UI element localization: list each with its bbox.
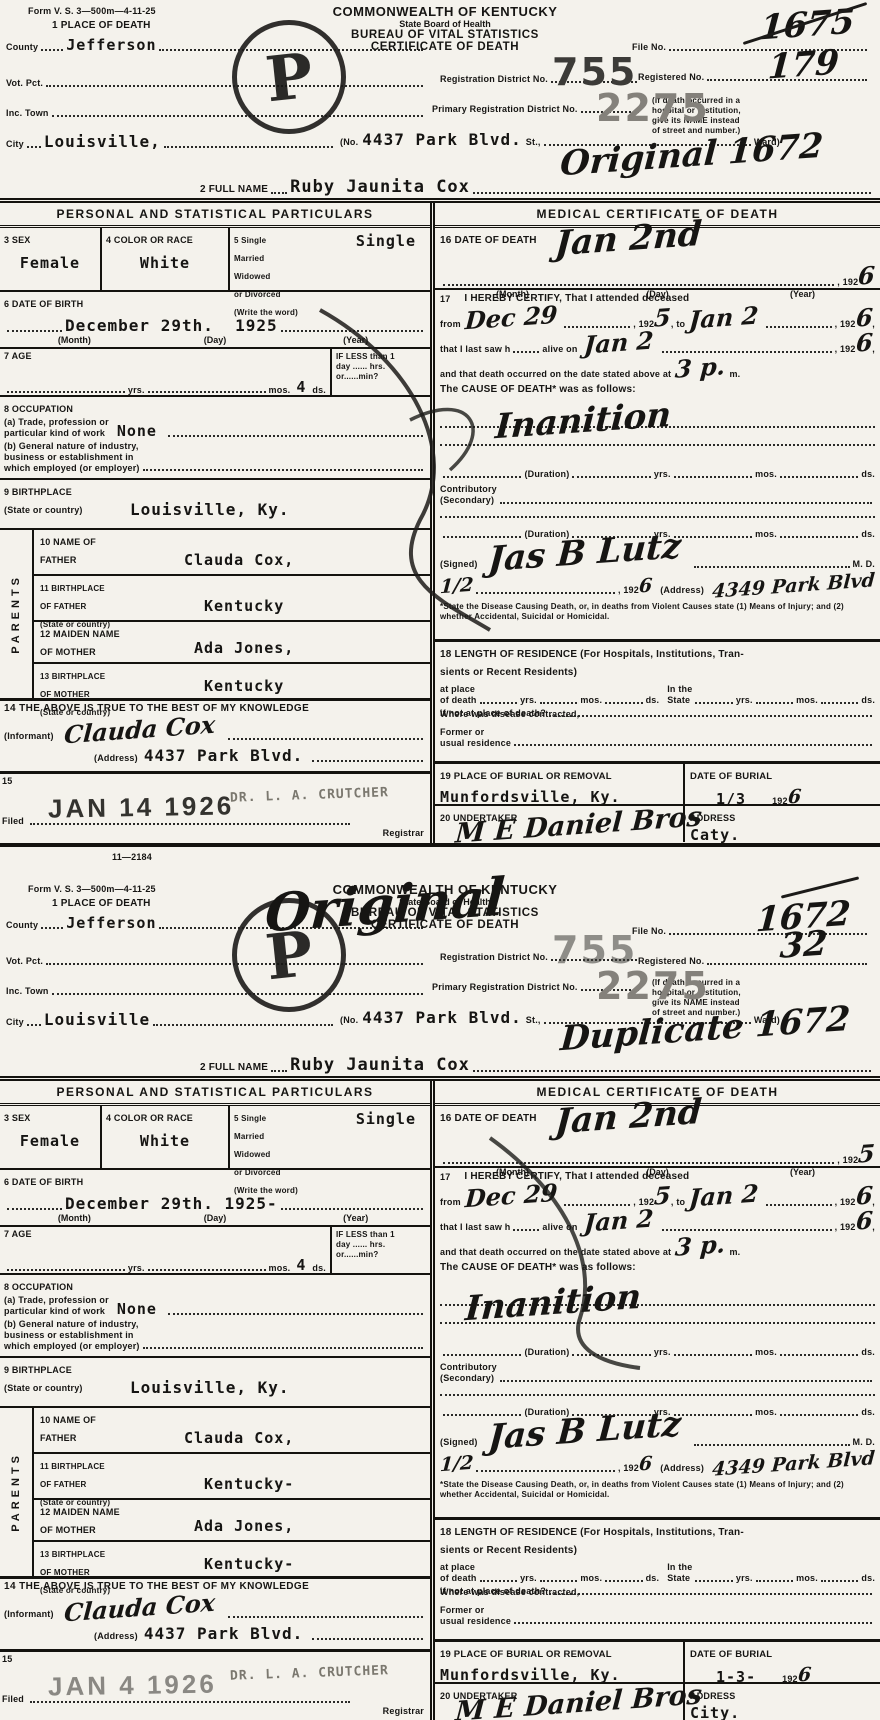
dotted-leader <box>7 328 62 332</box>
from-label: from <box>440 1197 461 1208</box>
registrar-name-stamp: DR. L. A. CRUTCHER <box>230 785 389 806</box>
filed-date-stamp: JAN 4 1926 <box>48 1668 217 1702</box>
certificate-body: PERSONAL AND STATISTICAL PARTICULARS 3 S… <box>0 198 880 847</box>
mother-name-value: Ada Jones, <box>194 641 294 656</box>
cause-label: The CAUSE OF DEATH* was as follows: <box>440 384 636 396</box>
occupation-a-label: (a) Trade, profession or particular kind… <box>4 1295 109 1317</box>
m-suffix-label: m. <box>729 1247 740 1258</box>
dotted-leader <box>281 328 423 332</box>
county-value: Jefferson <box>66 916 156 931</box>
county-value: Jefferson <box>66 38 156 53</box>
registration-district-label: Registration District No. <box>440 952 548 963</box>
day-label: (Day) <box>145 335 286 345</box>
dotted-leader <box>514 1620 872 1624</box>
cause-label: The CAUSE OF DEATH* was as follows: <box>440 1262 636 1274</box>
to-192-label: , 192 <box>835 319 856 330</box>
form-number: Form V. S. 3—500m—4-11-25 <box>28 884 156 895</box>
color-label: 4 COLOR OR RACE <box>106 1113 193 1123</box>
informant-row: 14 THE ABOVE IS TRUE TO THE BEST OF MY K… <box>0 1579 430 1652</box>
burial-date-value: 1/3 <box>716 792 746 807</box>
filed-number-label: 15 <box>2 1654 12 1665</box>
month-day-year-labels: (Month) (Day) (Year) <box>4 1213 426 1223</box>
mother-birthplace-value: Kentucky <box>204 679 284 694</box>
yrs-label: yrs. <box>128 385 145 396</box>
death-certificate-original: Form V. S. 3—500m—4-11-25 1 PLACE OF DEA… <box>0 0 880 838</box>
to-date-handwritten: Jan 2 <box>688 303 759 332</box>
death-certificate-duplicate: Form V. S. 3—500m—4-11-25 1 PLACE OF DEA… <box>0 878 880 1716</box>
dotted-line <box>440 506 875 518</box>
occupation-label: 8 OCCUPATION <box>4 1282 73 1292</box>
filed-date-stamp: JAN 14 1926 <box>48 790 235 824</box>
place-of-death-label: 1 PLACE OF DEATH <box>52 898 151 910</box>
age-row: 7 AGE yrs. mos. 4 ds. IF LESS than 1 day… <box>0 1227 430 1275</box>
saw-year-handwritten: 6 <box>855 330 873 355</box>
burial-date-value: 1-3- <box>716 1670 756 1685</box>
inc-town-field: Inc. Town <box>6 986 426 997</box>
dotted-leader <box>27 1022 41 1026</box>
dotted-leader <box>572 1352 650 1356</box>
filed-label: Filed <box>2 816 24 827</box>
personal-section-header: PERSONAL AND STATISTICAL PARTICULARS <box>0 1081 430 1106</box>
dotted-leader <box>7 1206 62 1210</box>
birthplace-row: 9 BIRTHPLACE (State or country) Louisvil… <box>0 1358 430 1407</box>
md-label: M. D. <box>853 559 876 570</box>
sex-cell: 3 SEX Female <box>0 228 102 290</box>
dotted-leader <box>164 144 333 148</box>
day-label: (Day) <box>145 1213 286 1223</box>
dod-192-label: , 192 <box>837 1155 858 1166</box>
cause-of-death-area: Inanition <box>435 408 880 460</box>
occupation-row: 8 OCCUPATION (a) Trade, profession or pa… <box>0 397 430 480</box>
cause-of-death-area: Inanition <box>435 1286 880 1338</box>
dotted-leader <box>148 1267 266 1271</box>
dotted-leader <box>30 823 350 825</box>
primary-registration-label: Primary Registration District No. <box>432 104 578 115</box>
filed-label: Filed <box>2 1694 24 1705</box>
mother-name-value: Ada Jones, <box>194 1519 294 1534</box>
informant-signature: Clauda Cox <box>63 1590 216 1625</box>
dotted-leader <box>476 1468 615 1472</box>
dotted-leader <box>500 1378 872 1382</box>
duration-label: (Duration) <box>524 1347 569 1358</box>
cause-footnote: *State the Disease Causing Death, or, in… <box>435 598 880 642</box>
form-print-code: 11—2184 <box>112 852 152 863</box>
residence-row: 18 LENGTH OF RESIDENCE (For Hospitals, I… <box>435 1520 880 1580</box>
dob-label: 6 DATE OF BIRTH <box>4 1177 83 1187</box>
father-birthplace-value: Kentucky- <box>204 1477 294 1492</box>
personal-column: PERSONAL AND STATISTICAL PARTICULARS 3 S… <box>0 1081 435 1720</box>
dod-label: 16 DATE OF DEATH <box>440 1113 537 1124</box>
parents-block: PARENTS 10 NAME OF FATHER Clauda Cox, 11… <box>0 530 430 701</box>
dotted-leader <box>662 1227 832 1231</box>
certify-block: 17 I HEREBY CERTIFY, That I attended dec… <box>435 290 880 408</box>
sex-cell: 3 SEX Female <box>0 1106 102 1168</box>
occupation-b-label: (b) General nature of industry, business… <box>4 1319 140 1351</box>
father-birthplace-row: 11 BIRTHPLACE OF FATHER (State or countr… <box>34 1454 430 1500</box>
if-not-row: if not at place of death? Former or usua… <box>435 702 880 764</box>
dotted-leader <box>148 389 266 393</box>
signed-date-row: 1/2 , 192 6 (Address) 4349 Park Blvd <box>435 572 880 598</box>
dod-192-label: , 192 <box>837 277 858 288</box>
dotted-leader <box>443 282 834 286</box>
street-number-value: 4437 Park Blvd. <box>362 1010 522 1026</box>
dotted-leader <box>443 1160 834 1164</box>
sex-label: 3 SEX <box>4 235 31 245</box>
former-residence-label: Former or usual residence <box>440 1605 511 1627</box>
residence-label: 18 LENGTH OF RESIDENCE (For Hospitals, I… <box>440 649 744 678</box>
dotted-leader <box>473 190 871 194</box>
dotted-leader <box>52 113 423 117</box>
informant-label: (Informant) <box>4 731 54 742</box>
dotted-leader <box>228 736 423 740</box>
burial-place-value: Munfordsville, Ky. <box>440 790 678 805</box>
dotted-leader <box>780 1412 858 1416</box>
dotted-leader <box>41 925 63 929</box>
dod-label: 16 DATE OF DEATH <box>440 235 537 246</box>
ds-label: ds. <box>861 1347 875 1358</box>
vot-pct-label: Vot. Pct. <box>6 956 43 967</box>
age-label: 7 AGE <box>4 1229 326 1240</box>
burial-year-handwritten: 6 <box>787 787 802 807</box>
dotted-leader <box>271 1068 287 1072</box>
dotted-leader <box>41 47 63 51</box>
dotted-leader <box>476 590 615 594</box>
commonwealth-title: COMMONWEALTH OF KENTUCKY <box>280 4 610 19</box>
dotted-leader <box>513 349 539 353</box>
mother-birthplace-value: Kentucky- <box>204 1557 294 1572</box>
dotted-leader <box>7 389 125 393</box>
ds-label: ds. <box>861 1407 875 1418</box>
from-year-handwritten: 5 <box>653 305 671 330</box>
dotted-leader <box>780 474 858 478</box>
signed-row: (Signed) Jas B Lutz M. D. <box>435 1420 880 1450</box>
color-cell: 4 COLOR OR RACE White <box>102 228 230 290</box>
sex-value: Female <box>4 256 96 271</box>
age-row: 7 AGE yrs. mos. 4 ds. IF LESS than 1 day… <box>0 349 430 397</box>
full-name-label: 2 FULL NAME <box>200 1062 268 1074</box>
if-less-box: IF LESS than 1 day ...... hrs. or......m… <box>330 1227 430 1275</box>
sex-value: Female <box>4 1134 96 1149</box>
dob-value: December 29th. 1925 <box>65 318 278 334</box>
age-label: 7 AGE <box>4 351 326 362</box>
dotted-leader <box>443 474 521 478</box>
dob-value: December 29th. 1925- <box>65 1196 278 1212</box>
dotted-leader <box>143 467 423 471</box>
mos-label: mos. <box>269 1263 291 1274</box>
scanned-death-certificates-page: { "page": { "divider_form_number": "11—2… <box>0 0 880 1720</box>
contributory-label: Contributory (Secondary) <box>440 1362 497 1384</box>
dod-handwritten: Jan 2nd <box>554 217 703 261</box>
parents-strip: PARENTS <box>0 1408 34 1576</box>
registration-district-label: Registration District No. <box>440 74 548 85</box>
saw-192-label: , 192 <box>835 1222 856 1233</box>
dod-year-handwritten: 5 <box>857 1141 875 1166</box>
father-name-label: 10 NAME OF FATHER <box>40 537 96 565</box>
place-of-death-label: 1 PLACE OF DEATH <box>52 20 151 32</box>
dob-label: 6 DATE OF BIRTH <box>4 299 83 309</box>
sex-label: 3 SEX <box>4 1113 31 1123</box>
mos-label: mos. <box>269 385 291 396</box>
state-board-subtitle: State Board of Health <box>280 19 610 29</box>
certify-number: 17 <box>440 294 450 305</box>
mother-name-row: 12 MAIDEN NAME OF MOTHER Ada Jones, <box>34 622 430 664</box>
last-saw-label: that I last saw h <box>440 1222 510 1233</box>
full-name-label: 2 FULL NAME <box>200 184 268 196</box>
dotted-leader <box>549 713 872 717</box>
city-field: City Louisville, <box>6 134 336 150</box>
inc-town-field: Inc. Town <box>6 108 426 119</box>
yrs-label: yrs. <box>654 469 671 480</box>
signed-label: (Signed) <box>440 1437 478 1448</box>
city-value: Louisville <box>44 1012 150 1028</box>
date-of-birth-row: 6 DATE OF BIRTH December 29th. 1925- (Mo… <box>0 1170 430 1227</box>
occupation-a-label: (a) Trade, profession or particular kind… <box>4 417 109 439</box>
to-label: , to <box>671 319 685 330</box>
yrs-label: yrs. <box>128 1263 145 1274</box>
vot-pct-field: Vot. Pct. <box>6 956 426 967</box>
dotted-leader <box>312 758 423 762</box>
saw-year-handwritten: 6 <box>855 1208 873 1233</box>
occupation-row: 8 OCCUPATION (a) Trade, profession or pa… <box>0 1275 430 1358</box>
occurred-label: and that death occurred on the date stat… <box>440 369 671 380</box>
parents-block: PARENTS 10 NAME OF FATHER Clauda Cox, 11… <box>0 1408 430 1579</box>
dotted-leader <box>271 190 287 194</box>
from-label: from <box>440 319 461 330</box>
ds-label: ds. <box>861 469 875 480</box>
dotted-leader <box>766 1202 832 1206</box>
year-label: (Year) <box>285 335 426 345</box>
signed-address-label: (Address) <box>660 585 704 596</box>
undertaker-row: 20 UNDERTAKER M E Daniel Bros ADDRESS Ca… <box>435 806 880 842</box>
date-of-death-row: 16 DATE OF DEATH Jan 2nd , 192 6 (Month)… <box>435 228 880 290</box>
to-date-handwritten: Jan 2 <box>688 1181 759 1210</box>
st-label: St., <box>526 137 541 148</box>
occupation-value: None <box>117 424 157 439</box>
dotted-leader <box>780 1352 858 1356</box>
burial-place-value: Munfordsville, Ky. <box>440 1668 678 1683</box>
alive-on-label: alive on <box>542 344 577 355</box>
signed-year-handwritten: 6 <box>638 576 653 596</box>
signed-date-handwritten: 1/2 <box>439 1454 474 1475</box>
mos-label: mos. <box>755 469 777 480</box>
signed-row: (Signed) Jas B Lutz M. D. <box>435 542 880 572</box>
contributory-row: Contributory (Secondary) <box>435 1360 880 1398</box>
saw-date-handwritten: Jan 2 <box>583 1206 654 1235</box>
parents-label: PARENTS <box>10 574 22 654</box>
certify-block: 17 I HEREBY CERTIFY, That I attended dec… <box>435 1168 880 1286</box>
if-not-label: if not at place of death? <box>440 1586 546 1597</box>
month-label: (Month) <box>4 335 145 345</box>
dotted-leader <box>281 1206 423 1210</box>
month-label: (Month) <box>4 1213 145 1223</box>
occupation-value: None <box>117 1302 157 1317</box>
alive-on-label: alive on <box>542 1222 577 1233</box>
color-cell: 4 COLOR OR RACE White <box>102 1106 230 1168</box>
informant-address-value: 4437 Park Blvd. <box>144 1626 304 1642</box>
dotted-leader <box>153 1022 333 1026</box>
full-name-row: 2 FULL NAME Ruby Jaunita Cox Original 16… <box>0 160 880 198</box>
from-year-handwritten: 5 <box>653 1183 671 1208</box>
yrs-label: yrs. <box>654 1347 671 1358</box>
birthplace-value: Louisville, Ky. <box>130 1380 290 1396</box>
dotted-leader <box>694 564 850 568</box>
certify-number: 17 <box>440 1172 450 1183</box>
marital-value: Single <box>356 1112 416 1127</box>
no-open-label: (No. <box>340 137 358 148</box>
dotted-leader <box>766 324 832 328</box>
personal-section-header: PERSONAL AND STATISTICAL PARTICULARS <box>0 203 430 228</box>
signed-192-label: , 192 <box>618 1463 639 1474</box>
no-open-label: (No. <box>340 1015 358 1026</box>
registrar-label: Registrar <box>383 1706 424 1717</box>
residence-label: 18 LENGTH OF RESIDENCE (For Hospitals, I… <box>440 1527 744 1556</box>
from-date-handwritten: Dec 29 <box>464 1181 558 1212</box>
inc-town-label: Inc. Town <box>6 108 49 119</box>
informant-address-label: (Address) <box>94 1631 138 1642</box>
father-name-row: 10 NAME OF FATHER Clauda Cox, <box>34 530 430 576</box>
month-day-year-labels: (Month) (Day) (Year) <box>4 335 426 345</box>
dotted-leader <box>312 1636 423 1640</box>
dotted-leader <box>228 1614 423 1618</box>
informant-address-label: (Address) <box>94 753 138 764</box>
residence-row: 18 LENGTH OF RESIDENCE (For Hospitals, I… <box>435 642 880 702</box>
dotted-leader <box>674 474 752 478</box>
dotted-leader <box>143 1345 423 1349</box>
filed-row: 15 Filed JAN 4 1926 DR. L. A. CRUTCHER R… <box>0 1652 430 1720</box>
birthplace-value: Louisville, Ky. <box>130 502 290 518</box>
burial-place-label: 19 PLACE OF BURIAL OR REMOVAL <box>440 771 612 782</box>
father-birthplace-row: 11 BIRTHPLACE OF FATHER (State or countr… <box>34 576 430 622</box>
saw-date-handwritten: Jan 2 <box>583 328 654 357</box>
mother-birthplace-row: 13 BIRTHPLACE OF MOTHER (State or countr… <box>34 1542 430 1574</box>
full-name-value: Ruby Jaunita Cox <box>290 1057 470 1074</box>
age-months-value: 4 <box>296 380 306 395</box>
color-value: White <box>106 1134 224 1149</box>
color-value: White <box>106 256 224 271</box>
mother-name-label: 12 MAIDEN NAME OF MOTHER <box>40 1507 120 1535</box>
undertaker-row: 20 UNDERTAKER M E Daniel Bros ADDRESS Ci… <box>435 1684 880 1720</box>
vot-pct-label: Vot. Pct. <box>6 78 43 89</box>
district-stamp-2275: 2275 <box>596 86 710 130</box>
duration-line: (Duration) yrs. mos. ds. <box>435 460 880 482</box>
dotted-leader <box>513 1227 539 1231</box>
dod-handwritten: Jan 2nd <box>554 1095 703 1139</box>
to-192-label: , 192 <box>835 1197 856 1208</box>
vot-pct-field: Vot. Pct. <box>6 78 426 89</box>
dotted-leader <box>500 500 872 504</box>
ds-label: ds. <box>312 385 326 396</box>
dotted-leader <box>572 474 650 478</box>
full-name-value: Ruby Jaunita Cox <box>290 179 470 196</box>
registered-no-handwritten: 32 <box>779 926 829 964</box>
burial-place-label: 19 PLACE OF BURIAL OR REMOVAL <box>440 1649 612 1660</box>
mother-birthplace-row: 13 BIRTHPLACE OF MOTHER (State or countr… <box>34 664 430 696</box>
personal-column: PERSONAL AND STATISTICAL PARTICULARS 3 S… <box>0 203 435 843</box>
father-name-value: Clauda Cox, <box>184 553 294 568</box>
father-name-label: 10 NAME OF FATHER <box>40 1415 96 1443</box>
mos-label: mos. <box>755 529 777 540</box>
dotted-leader <box>514 742 872 746</box>
signed-label: (Signed) <box>440 559 478 570</box>
undertaker-signature: M E Daniel Bros <box>454 1681 702 1720</box>
parents-strip: PARENTS <box>0 530 34 698</box>
md-label: M. D. <box>853 1437 876 1448</box>
birthplace-label: 9 BIRTHPLACE (State or country) <box>4 1365 83 1393</box>
dotted-leader <box>30 1701 350 1703</box>
burial-row: 19 PLACE OF BURIAL OR REMOVAL Munfordsvi… <box>435 1642 880 1684</box>
dotted-line <box>440 1384 875 1396</box>
primary-registration-label: Primary Registration District No. <box>432 982 578 993</box>
mother-name-row: 12 MAIDEN NAME OF MOTHER Ada Jones, <box>34 1500 430 1542</box>
birthplace-row: 9 BIRTHPLACE (State or country) Louisvil… <box>0 480 430 529</box>
occurred-label: and that death occurred on the date stat… <box>440 1247 671 1258</box>
contributory-row: Contributory (Secondary) <box>435 482 880 520</box>
dotted-leader <box>443 1352 521 1356</box>
dod-year-handwritten: 6 <box>857 263 875 288</box>
age-months-value: 4 <box>296 1258 306 1273</box>
registrar-name-stamp: DR. L. A. CRUTCHER <box>230 1663 389 1684</box>
signed-date-handwritten: 1/2 <box>439 576 474 597</box>
city-field: City Louisville <box>6 1012 336 1028</box>
dotted-leader <box>168 1311 423 1315</box>
informant-label: (Informant) <box>4 1609 54 1620</box>
burial-year-handwritten: 6 <box>797 1665 812 1685</box>
from-date-handwritten: Dec 29 <box>464 303 558 334</box>
date-of-death-row: 16 DATE OF DEATH Jan 2nd , 192 5 (Month)… <box>435 1106 880 1168</box>
st-label: St., <box>526 1015 541 1026</box>
city-label: City <box>6 139 24 150</box>
father-birthplace-value: Kentucky <box>204 599 284 614</box>
filed-number-label: 15 <box>2 776 12 787</box>
parents-label: PARENTS <box>10 1452 22 1532</box>
mother-name-label: 12 MAIDEN NAME OF MOTHER <box>40 629 120 657</box>
county-label: County <box>6 42 38 53</box>
filed-row: 15 Filed JAN 14 1926 DR. L. A. CRUTCHER … <box>0 774 430 843</box>
death-time-handwritten: 3 p. <box>674 1232 726 1260</box>
dotted-leader <box>549 1591 872 1595</box>
saw-192-label: , 192 <box>835 344 856 355</box>
if-less-box: IF LESS than 1 day ...... hrs. or......m… <box>330 349 430 397</box>
to-label: , to <box>671 1197 685 1208</box>
dotted-leader <box>52 991 423 995</box>
registered-no-handwritten: 179 <box>767 45 840 84</box>
m-suffix-label: m. <box>729 369 740 380</box>
certificate-body: PERSONAL AND STATISTICAL PARTICULARS 3 S… <box>0 1076 880 1720</box>
dotted-leader <box>674 534 752 538</box>
date-of-birth-row: 6 DATE OF BIRTH December 29th. 1925 (Mon… <box>0 292 430 349</box>
p-stamp-icon: P <box>232 20 346 134</box>
duration-label: (Duration) <box>524 469 569 480</box>
mos-label: mos. <box>755 1407 777 1418</box>
birthplace-label: 9 BIRTHPLACE (State or country) <box>4 487 83 515</box>
form-number: Form V. S. 3—500m—4-11-25 <box>28 6 156 17</box>
street-number-value: 4437 Park Blvd. <box>362 132 522 148</box>
burial-row: 19 PLACE OF BURIAL OR REMOVAL Munfordsvi… <box>435 764 880 806</box>
duration-line: (Duration) yrs. mos. ds. <box>435 1338 880 1360</box>
year-label: (Year) <box>285 1213 426 1223</box>
occupation-label: 8 OCCUPATION <box>4 404 73 414</box>
medical-column: MEDICAL CERTIFICATE OF DEATH 16 DATE OF … <box>435 203 880 843</box>
mos-label: mos. <box>755 1347 777 1358</box>
signed-address-label: (Address) <box>660 1463 704 1474</box>
father-name-value: Clauda Cox, <box>184 1431 294 1446</box>
burial-date-label: DATE OF BURIAL <box>690 1649 772 1660</box>
dotted-leader <box>674 1352 752 1356</box>
signed-date-row: 1/2 , 192 6 (Address) 4349 Park Blvd <box>435 1450 880 1476</box>
if-not-row: if not at place of death? Former or usua… <box>435 1580 880 1642</box>
informant-row: 14 THE ABOVE IS TRUE TO THE BEST OF MY K… <box>0 701 430 774</box>
last-saw-label: that I last saw h <box>440 344 510 355</box>
